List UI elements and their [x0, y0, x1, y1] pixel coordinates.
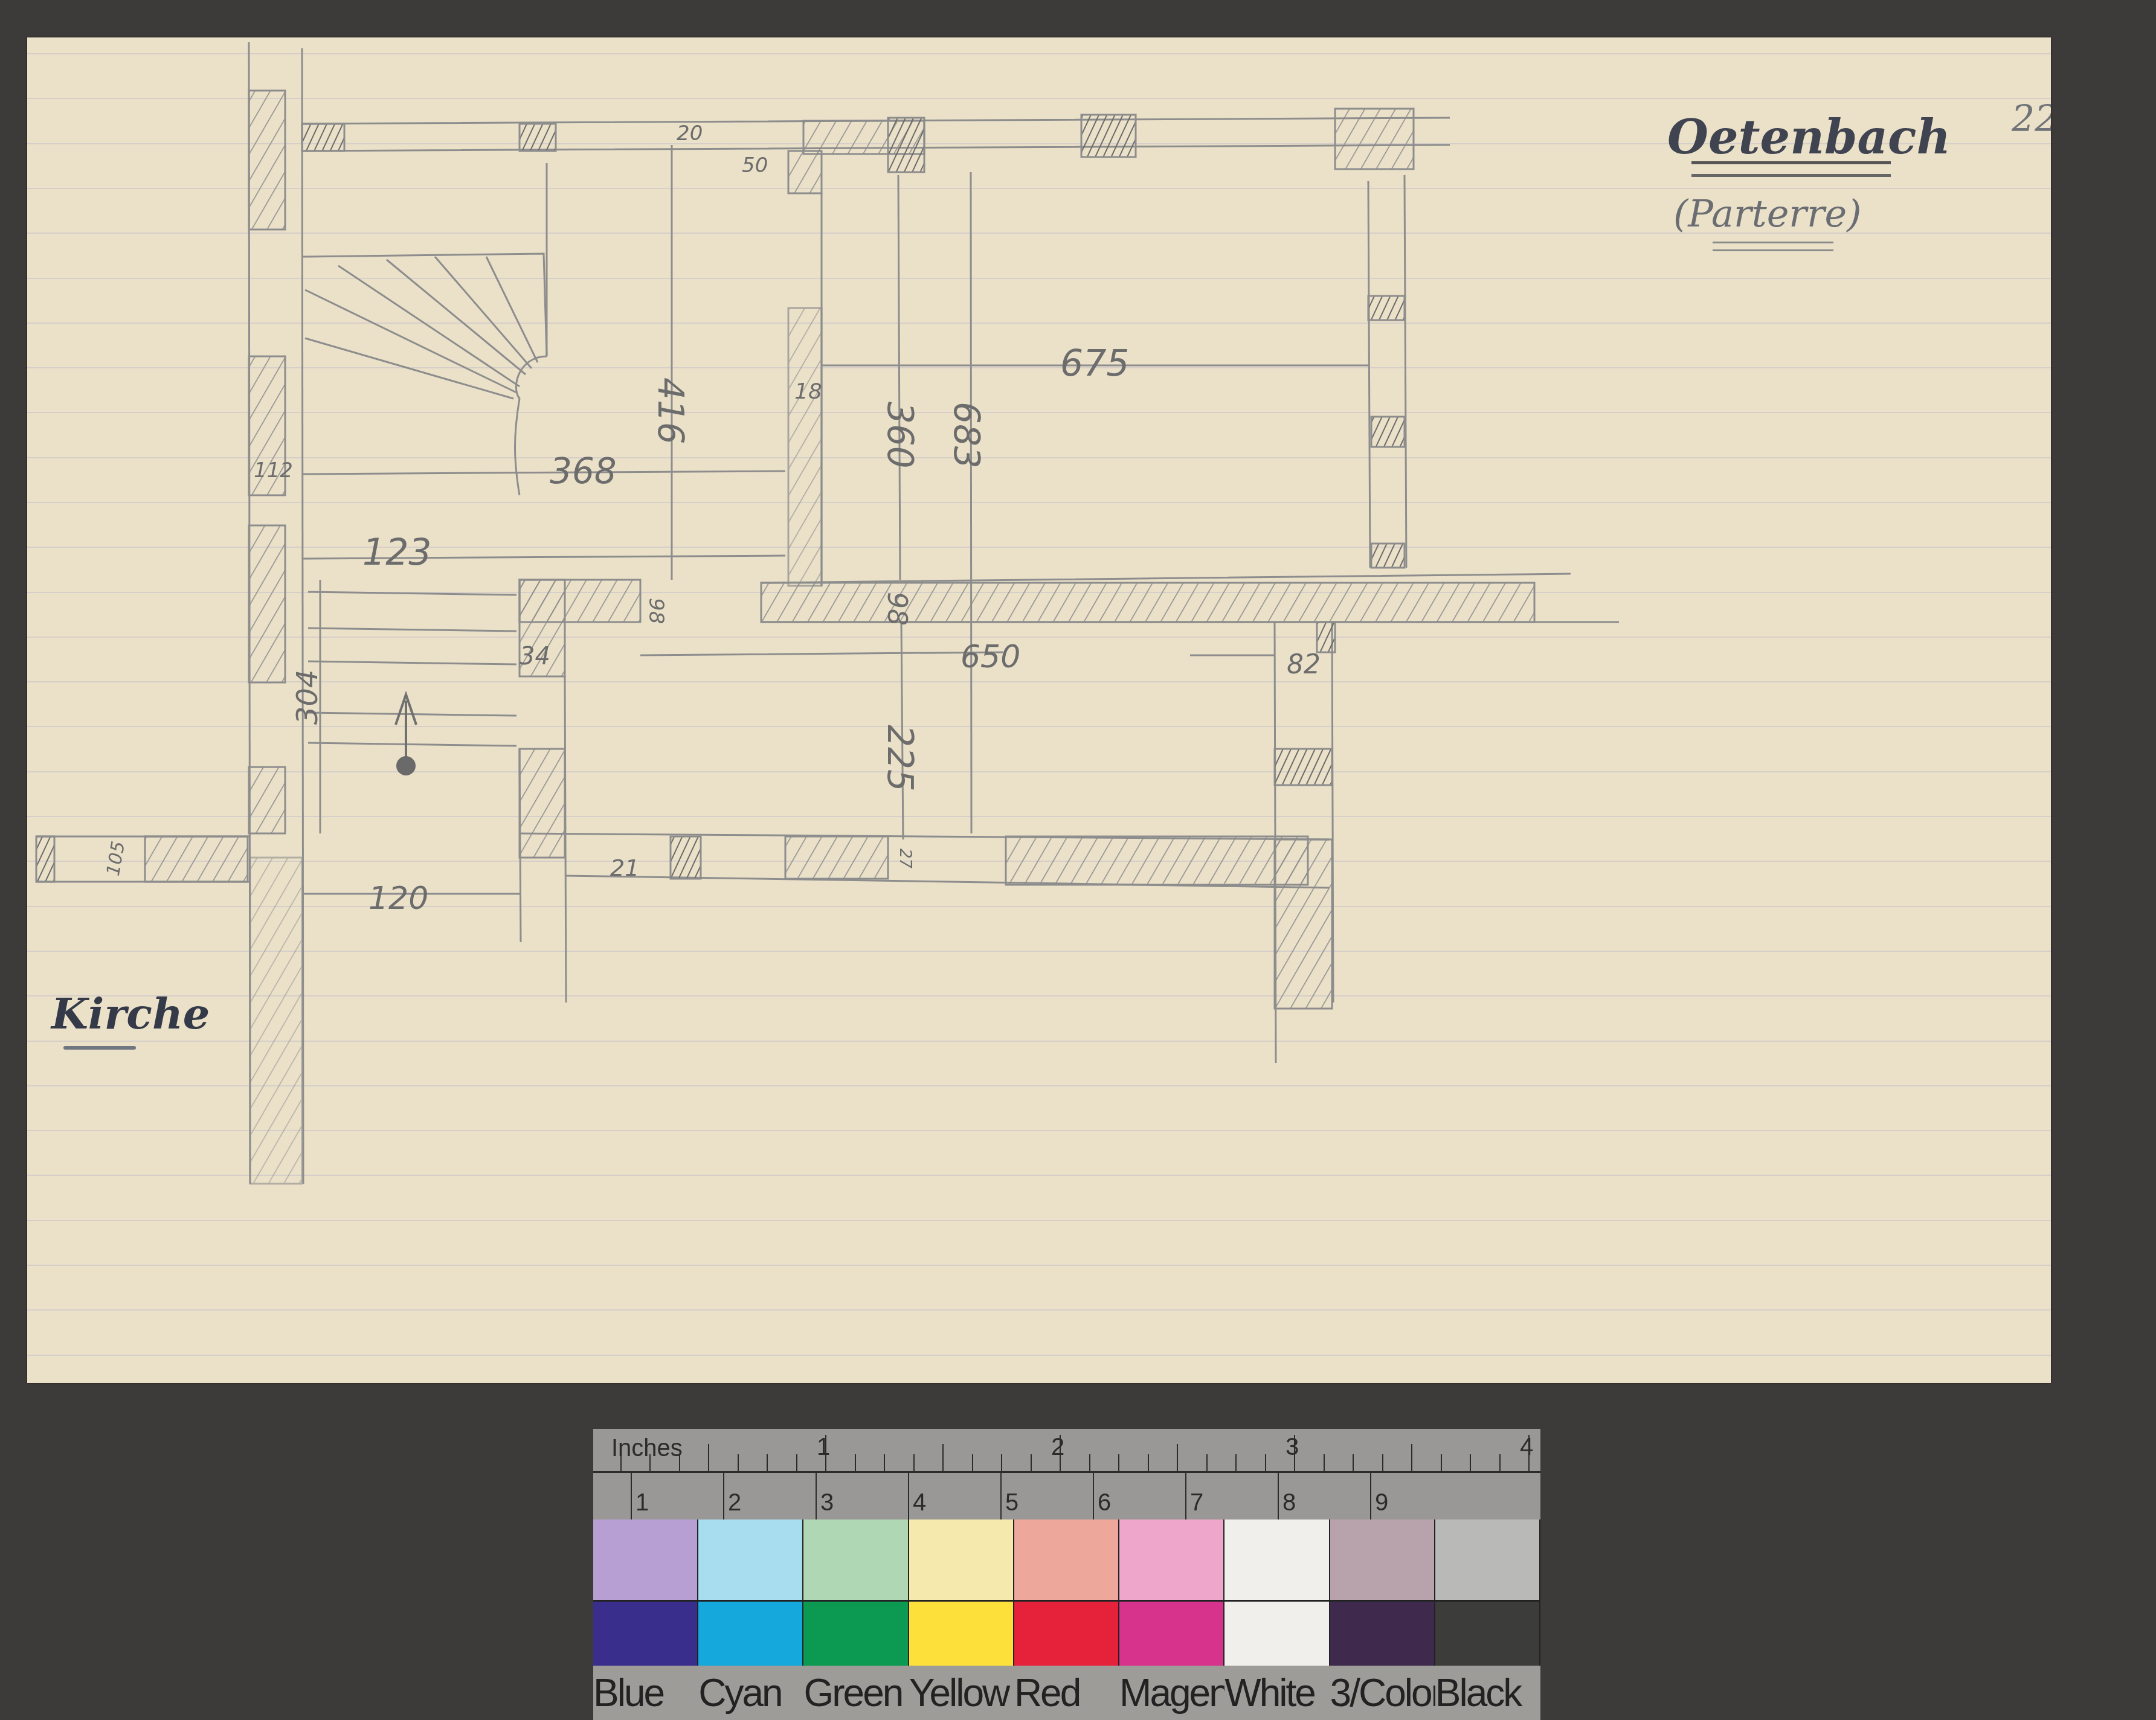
ruler-tick [1118, 1454, 1119, 1471]
ruler-tick [708, 1444, 709, 1471]
ruler-cm-tick [816, 1472, 817, 1519]
ruler-tick [855, 1454, 856, 1471]
swatch-black-dark [1435, 1602, 1540, 1668]
ruler-inch-mark: 2 [1051, 1434, 1064, 1461]
swatch-3-color-light [1330, 1519, 1435, 1600]
ruler-cm-mark: 3 [820, 1489, 834, 1516]
ruler-tick [1265, 1454, 1266, 1471]
svg-text:112: 112 [254, 458, 293, 483]
ruler-cm-mark: 1 [636, 1489, 649, 1516]
svg-text:27: 27 [896, 849, 914, 869]
ruler-tick [1324, 1454, 1325, 1471]
swatch-red-light [1014, 1519, 1119, 1600]
swatch-labels: BlueCyanGreenYellowRedMagentaWhite3/Colo… [593, 1666, 1540, 1720]
floor-plan-drawing: 20 50 416 18 360 683 675 112 368 123 98 … [27, 37, 2051, 1383]
svg-text:98: 98 [881, 592, 912, 626]
swatch-label: Green [803, 1666, 909, 1720]
svg-text:50: 50 [742, 153, 768, 178]
swatch-3-color-dark [1330, 1602, 1435, 1668]
swatch-row-dark [593, 1600, 1540, 1668]
kirche-underline [63, 1046, 136, 1050]
ruler-tick [913, 1454, 915, 1471]
ruler-tick [1001, 1454, 1002, 1471]
swatch-white-dark [1224, 1602, 1330, 1668]
swatch-magenta-light [1119, 1519, 1224, 1600]
svg-text:82: 82 [1287, 649, 1321, 680]
swatch-label: 3/Color [1330, 1666, 1435, 1720]
swatch-black-light [1435, 1519, 1540, 1600]
svg-text:225: 225 [880, 725, 921, 792]
ruler-tick [1148, 1454, 1149, 1471]
ruler-inch-mark: 4 [1520, 1434, 1533, 1461]
ruler-cm-mark: 8 [1282, 1489, 1296, 1516]
ruler-tick [942, 1444, 944, 1471]
svg-text:675: 675 [1060, 342, 1130, 385]
svg-text:683: 683 [946, 402, 987, 469]
swatch-cyan-dark [698, 1602, 803, 1668]
ruler-tick [884, 1454, 885, 1471]
svg-text:650: 650 [961, 639, 1020, 675]
ruler-tick [1031, 1454, 1032, 1471]
sketch-paper: 20 50 416 18 360 683 675 112 368 123 98 … [27, 37, 2051, 1383]
swatch-label: Magenta [1119, 1666, 1224, 1720]
subtitle-underline [1713, 242, 1833, 251]
ruler-tick [1177, 1444, 1178, 1471]
swatch-white-light [1224, 1519, 1330, 1600]
ruler-cm-mark: 6 [1098, 1489, 1111, 1516]
page-number: 229 [2012, 98, 2051, 140]
swatch-green-dark [803, 1602, 909, 1668]
svg-text:105: 105 [103, 839, 129, 877]
svg-text:368: 368 [550, 451, 617, 492]
subtitle-parterre: (Parterre) [1673, 191, 1861, 236]
ruler-cm-tick [1000, 1472, 1002, 1519]
swatch-label: Cyan [698, 1666, 803, 1720]
ruler-cm-mark: 7 [1190, 1489, 1203, 1516]
swatch-magenta-dark [1119, 1602, 1224, 1668]
ruler-tick [1411, 1444, 1412, 1471]
ruler-cm-tick [1093, 1472, 1094, 1519]
svg-text:20: 20 [677, 121, 703, 146]
ruler-tick [1499, 1454, 1501, 1471]
room-label-kirche: Kirche [51, 989, 210, 1039]
ruler-tick [1441, 1454, 1442, 1471]
ruler-tick [1353, 1454, 1354, 1471]
ruler-cm-tick [723, 1472, 724, 1519]
svg-text:416: 416 [650, 377, 691, 444]
swatch-yellow-dark [909, 1602, 1014, 1668]
swatch-red-dark [1014, 1602, 1119, 1668]
swatch-blue-dark [593, 1602, 698, 1668]
swatch-green-light [803, 1519, 909, 1600]
ruler-cm-tick [1278, 1472, 1279, 1519]
ruler-tick [738, 1454, 739, 1471]
swatch-yellow-light [909, 1519, 1014, 1600]
ruler-cm-tick [1370, 1472, 1371, 1519]
title-underline [1691, 161, 1891, 177]
swatch-label: Blue [593, 1666, 698, 1720]
ruler-cm-tick [908, 1472, 909, 1519]
swatch-row-light [593, 1519, 1540, 1600]
svg-text:34: 34 [520, 643, 550, 670]
ruler-cm-tick [631, 1472, 632, 1519]
ruler-tick [1382, 1454, 1383, 1471]
ruler-inch-mark: 1 [817, 1434, 830, 1461]
ruler-unit-label: Inches [611, 1435, 683, 1462]
color-calibration-card: 1234123456789 Inches BlueCyanGreenYellow… [593, 1429, 1540, 1720]
ruler-tick [767, 1454, 768, 1471]
inch-cm-ruler: 1234123456789 Inches [593, 1429, 1540, 1519]
svg-text:360: 360 [880, 402, 921, 469]
title-oetenbach: Oetenbach [1667, 110, 1951, 165]
svg-text:123: 123 [362, 531, 432, 574]
ruler-tick [1206, 1454, 1208, 1471]
ruler-cm-mark: 4 [913, 1489, 926, 1516]
ruler-tick [796, 1454, 797, 1471]
ruler-tick [1470, 1454, 1471, 1471]
swatch-label: Red [1014, 1666, 1119, 1720]
swatch-label: White [1224, 1666, 1330, 1720]
ruler-tick [1089, 1454, 1090, 1471]
swatch-label: Black [1435, 1666, 1540, 1720]
ruler-cm-tick [1185, 1472, 1186, 1519]
svg-text:120: 120 [368, 881, 428, 917]
svg-text:304: 304 [291, 669, 324, 725]
swatch-cyan-light [698, 1519, 803, 1600]
ruler-tick [1235, 1454, 1237, 1471]
ruler-inch-mark: 3 [1286, 1434, 1299, 1461]
svg-text:98: 98 [644, 598, 668, 624]
swatch-label: Yellow [909, 1666, 1014, 1720]
svg-text:18: 18 [794, 379, 822, 404]
ruler-cm-mark: 5 [1005, 1489, 1018, 1516]
ruler-tick [972, 1454, 973, 1471]
swatch-blue-light [593, 1519, 698, 1600]
ruler-cm-mark: 2 [728, 1489, 741, 1516]
ruler-cm-mark: 9 [1375, 1489, 1388, 1516]
svg-text:21: 21 [610, 855, 639, 881]
